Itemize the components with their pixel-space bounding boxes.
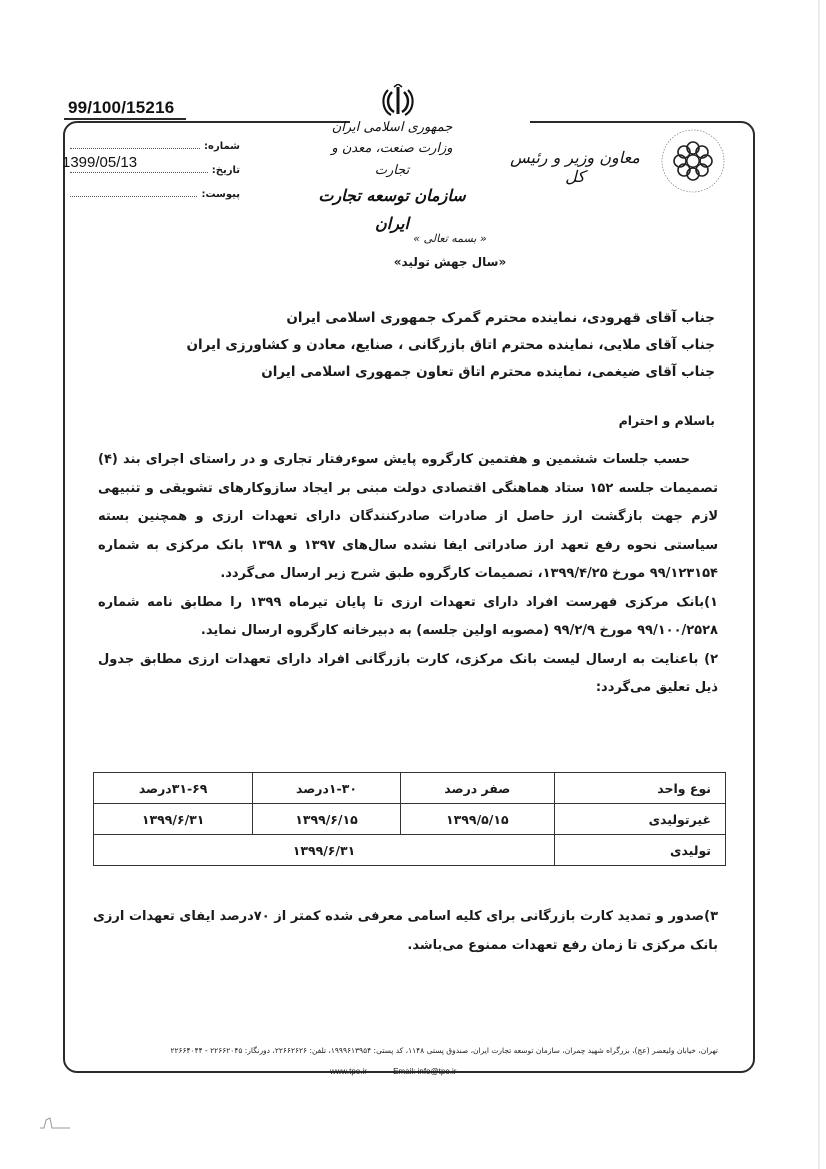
suspension-deadline-table: نوع واحد صفر درصد ۱-۳۰درصد ۳۱-۶۹درصد غیر…: [93, 772, 726, 866]
iran-emblem-icon: [380, 84, 416, 120]
letter-meta: شماره: تاریخ: 1399/05/13 پیوست:: [70, 128, 240, 200]
greeting: باسلام و احترام: [400, 413, 715, 428]
footer-contact: www.tpo.ir Email: info@tpo.ir: [330, 1067, 480, 1076]
meta-attachment-row: پیوست:: [70, 176, 240, 200]
recipient-3: جناب آقای ضیغمی، نماینده محترم اتاق تعاو…: [150, 359, 715, 386]
letter-number-underline: [64, 118, 186, 120]
body-intro: حسب جلسات ششمین و هفتمین کارگروه پایش سو…: [98, 446, 718, 589]
deputy-title: معاون وزیر و رئیس کل: [510, 148, 640, 186]
number-label: شماره:: [204, 141, 240, 152]
body-item-2: ۲) باعنایت به ارسال لیست بانک مرکزی، کار…: [98, 646, 718, 703]
tpo-logo-icon: [660, 128, 726, 194]
body-item-3: ۳)صدور و تمدید کارت بازرگانی برای کلیه ا…: [93, 902, 718, 960]
header-republic: جمهوری اسلامی ایران: [318, 118, 466, 138]
classification-mark: « بسمه تعالی »: [360, 232, 540, 245]
header-ministry: وزارت صنعت، معدن و تجارت: [318, 138, 466, 182]
header-organization: سازمان توسعه تجارت ایران: [318, 182, 466, 238]
table-header-cell: صفر درصد: [400, 773, 554, 804]
table-header-row: نوع واحد صفر درصد ۱-۳۰درصد ۳۱-۶۹درصد: [94, 773, 726, 804]
letter-body: حسب جلسات ششمین و هفتمین کارگروه پایش سو…: [98, 446, 718, 703]
table-cell: ۱۳۹۹/۶/۳۱: [94, 804, 253, 835]
scan-edge: [818, 0, 820, 1169]
table-cell: ۱۳۹۹/۵/۱۵: [400, 804, 554, 835]
table-cell: ۱۳۹۹/۶/۱۵: [253, 804, 400, 835]
footer-email-link[interactable]: Email: info@tpo.ir: [393, 1067, 456, 1076]
recipients-block: جناب آقای قهرودی، نماینده محترم گمرک جمه…: [150, 305, 715, 386]
table-row: غیرتولیدی ۱۳۹۹/۵/۱۵ ۱۳۹۹/۶/۱۵ ۱۳۹۹/۶/۳۱: [94, 804, 726, 835]
footer-website-link[interactable]: www.tpo.ir: [330, 1067, 367, 1076]
letter-number-handwritten: 99/100/15216: [68, 98, 174, 118]
number-dots: [70, 138, 200, 149]
attachment-label: پیوست:: [201, 189, 240, 200]
table-header-cell: ۳۱-۶۹درصد: [94, 773, 253, 804]
recipient-1: جناب آقای قهرودی، نماینده محترم گمرک جمه…: [150, 305, 715, 332]
date-value: 1399/05/13: [62, 154, 137, 171]
table-row-type: تولیدی: [555, 835, 726, 866]
table-row: تولیدی ۱۳۹۹/۶/۳۱: [94, 835, 726, 866]
year-slogan: «سال جهش تولید»: [360, 255, 540, 269]
scan-artifact-mark: [40, 1108, 70, 1130]
table-row-type: غیرتولیدی: [555, 804, 726, 835]
body-item-3-block: ۳)صدور و تمدید کارت بازرگانی برای کلیه ا…: [93, 902, 718, 960]
table-header-cell: ۱-۳۰درصد: [253, 773, 400, 804]
meta-date-row: تاریخ: 1399/05/13: [70, 152, 240, 176]
date-label: تاریخ:: [212, 165, 240, 176]
government-header: جمهوری اسلامی ایران وزارت صنعت، معدن و ت…: [318, 118, 466, 238]
body-item-1: ۱)بانک مرکزی فهرست افراد دارای تعهدات ار…: [98, 589, 718, 646]
recipient-2: جناب آقای ملایی، نماینده محترم اتاق بازر…: [150, 332, 715, 359]
meta-number-row: شماره:: [70, 128, 240, 152]
footer-address: تهران، خیابان ولیعصر (عج)، بزرگراه شهید …: [88, 1046, 718, 1055]
attachment-dots: [70, 186, 197, 197]
table-cell-merged: ۱۳۹۹/۶/۳۱: [94, 835, 555, 866]
table-header-cell: نوع واحد: [555, 773, 726, 804]
